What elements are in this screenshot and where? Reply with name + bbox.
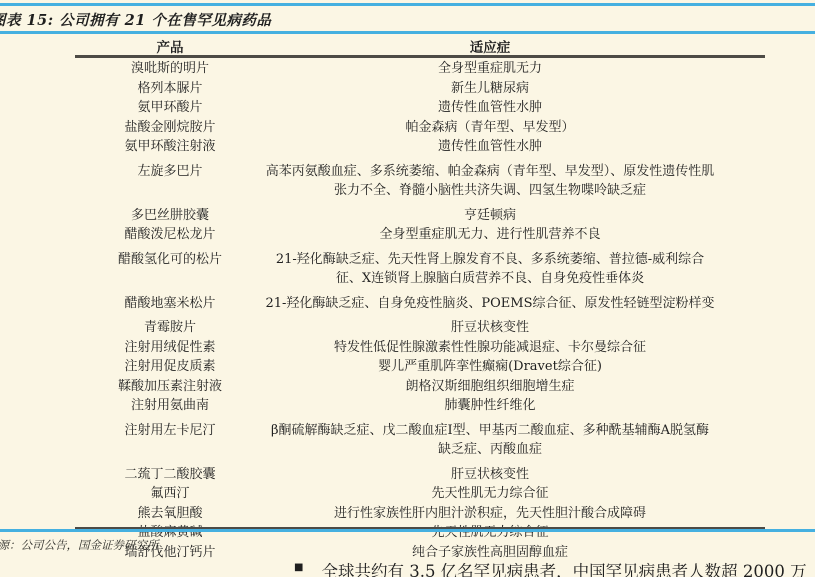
product-cell: 注射用绒促性素 (75, 338, 265, 358)
bullet-text: 全球共约有 3.5 亿名罕见病患者，中国罕见病患者人数超 2000 万 (321, 558, 806, 577)
indication-cell: 婴儿严重肌阵挛性癫痫(Dravet综合征) (265, 357, 765, 377)
indication-cell: 先天性肌无力综合征 (265, 523, 765, 543)
product-cell: 注射用促皮质素 (75, 357, 265, 377)
indication-cell: 21-羟化酶缺乏症、自身免疫性脑炎、POEMS综合征、原发性轻链型淀粉样变 (265, 294, 765, 314)
indication-cell: 全身型重症肌无力 (265, 59, 765, 79)
table-row: 氨甲环酸注射液 遗传性血管性水肿 (75, 137, 765, 157)
product-cell: 盐酸金刚烷胺片 (75, 118, 265, 138)
indication-cell: 高苯丙氨酸血症、多系统萎缩、帕金森病（青年型、早发型）、原发性遗传性肌张力不全、… (265, 162, 765, 201)
table-row: 醋酸泼尼松龙片 全身型重症肌无力、进行性肌营养不良 (75, 225, 765, 245)
body-bullet-line: ■ 全球共约有 3.5 亿名罕见病患者，中国罕见病患者人数超 2000 万 (294, 558, 807, 577)
indication-cell: 先天性肌无力综合征 (265, 484, 765, 504)
indication-cell: 21-羟化酶缺乏症、先天性肾上腺发育不良、多系统萎缩、普拉德-威利综合征、X连锁… (265, 250, 765, 289)
indication-cell: 进行性家族性肝内胆汁淤积症，先天性胆汁酸合成障碍 (265, 504, 765, 524)
indication-cell: 肺囊肿性纤维化 (265, 396, 765, 416)
figure-bottom-rule (0, 529, 815, 532)
column-header-product: 产品 (75, 36, 265, 55)
product-cell: 熊去氧胆酸 (75, 504, 265, 524)
table-row: 盐酸麻黄碱 先天性肌无力综合征 (75, 523, 765, 543)
drug-table-body: 溴吡斯的明片 全身型重症肌无力 格列本脲片 新生儿糖尿病 氨甲环酸片 遗传性血管… (75, 59, 765, 562)
table-row: 氟西汀 先天性肌无力综合征 (75, 484, 765, 504)
indication-cell: 肝豆状核变性 (265, 318, 765, 338)
table-row: 格列本脲片 新生儿糖尿病 (75, 79, 765, 99)
table-row: 左旋多巴片 高苯丙氨酸血症、多系统萎缩、帕金森病（青年型、早发型）、原发性遗传性… (75, 162, 765, 201)
table-row: 醋酸地塞米松片 21-羟化酶缺乏症、自身免疫性脑炎、POEMS综合征、原发性轻链… (75, 294, 765, 314)
table-row: 青霉胺片 肝豆状核变性 (75, 318, 765, 338)
indication-cell: 遗传性血管性水肿 (265, 98, 765, 118)
product-cell: 溴吡斯的明片 (75, 59, 265, 79)
product-cell: 氨甲环酸片 (75, 98, 265, 118)
source-note: 来源：公司公告，国金证券研究所 (0, 537, 159, 553)
column-header-indication: 适应症 (265, 36, 765, 55)
table-row: 鞣酸加压素注射液 朗格汉斯细胞组织细胞增生症 (75, 377, 765, 397)
indication-cell: 亨廷顿病 (265, 206, 765, 226)
table-row: 氨甲环酸片 遗传性血管性水肿 (75, 98, 765, 118)
product-cell: 醋酸氢化可的松片 (75, 250, 265, 289)
drug-table-header: 产品 适应症 (75, 36, 765, 55)
indication-cell: β酮硫解酶缺乏症、戊二酸血症Ⅰ型、甲基丙二酸血症、多种酰基辅酶A脱氢酶缺乏症、丙… (265, 421, 765, 460)
product-cell: 青霉胺片 (75, 318, 265, 338)
indication-cell: 全身型重症肌无力、进行性肌营养不良 (265, 225, 765, 245)
table-row: 注射用绒促性素 特发性低促性腺激素性性腺功能减退症、卡尔曼综合征 (75, 338, 765, 358)
table-header-row: 产品 适应症 (75, 36, 765, 55)
report-page: { "figure": { "title": "图表 15: 公司拥有 21 个… (0, 0, 815, 577)
product-cell: 鞣酸加压素注射液 (75, 377, 265, 397)
product-cell: 注射用氨曲南 (75, 396, 265, 416)
figure-title: 图表 15: 公司拥有 21 个在售罕见病药品 (0, 9, 271, 30)
product-cell: 左旋多巴片 (75, 162, 265, 201)
indication-cell: 新生儿糖尿病 (265, 79, 765, 99)
table-row: 醋酸氢化可的松片 21-羟化酶缺乏症、先天性肾上腺发育不良、多系统萎缩、普拉德-… (75, 250, 765, 289)
table-row: 熊去氧胆酸 进行性家族性肝内胆汁淤积症，先天性胆汁酸合成障碍 (75, 504, 765, 524)
bullet-square-icon: ■ (294, 558, 303, 577)
indication-cell: 肝豆状核变性 (265, 465, 765, 485)
product-cell: 多巴丝肼胶囊 (75, 206, 265, 226)
title-rule-top (0, 3, 815, 6)
table-row: 注射用左卡尼汀 β酮硫解酶缺乏症、戊二酸血症Ⅰ型、甲基丙二酸血症、多种酰基辅酶A… (75, 421, 765, 460)
indication-cell: 遗传性血管性水肿 (265, 137, 765, 157)
table-row: 二巯丁二酸胶囊 肝豆状核变性 (75, 465, 765, 485)
table-row: 溴吡斯的明片 全身型重症肌无力 (75, 59, 765, 79)
table-row: 盐酸金刚烷胺片 帕金森病（青年型、早发型） (75, 118, 765, 138)
product-cell: 氨甲环酸注射液 (75, 137, 265, 157)
product-cell: 注射用左卡尼汀 (75, 421, 265, 460)
indication-cell: 帕金森病（青年型、早发型） (265, 118, 765, 138)
product-cell: 格列本脲片 (75, 79, 265, 99)
product-cell: 醋酸地塞米松片 (75, 294, 265, 314)
product-cell: 醋酸泼尼松龙片 (75, 225, 265, 245)
product-cell: 氟西汀 (75, 484, 265, 504)
title-rule-bottom (0, 31, 815, 34)
indication-cell: 特发性低促性腺激素性性腺功能减退症、卡尔曼综合征 (265, 338, 765, 358)
indication-cell: 朗格汉斯细胞组织细胞增生症 (265, 377, 765, 397)
table-header-rule (75, 55, 765, 58)
table-row: 注射用氨曲南 肺囊肿性纤维化 (75, 396, 765, 416)
table-row: 多巴丝肼胶囊 亨廷顿病 (75, 206, 765, 226)
product-cell: 二巯丁二酸胶囊 (75, 465, 265, 485)
table-row: 注射用促皮质素 婴儿严重肌阵挛性癫痫(Dravet综合征) (75, 357, 765, 377)
